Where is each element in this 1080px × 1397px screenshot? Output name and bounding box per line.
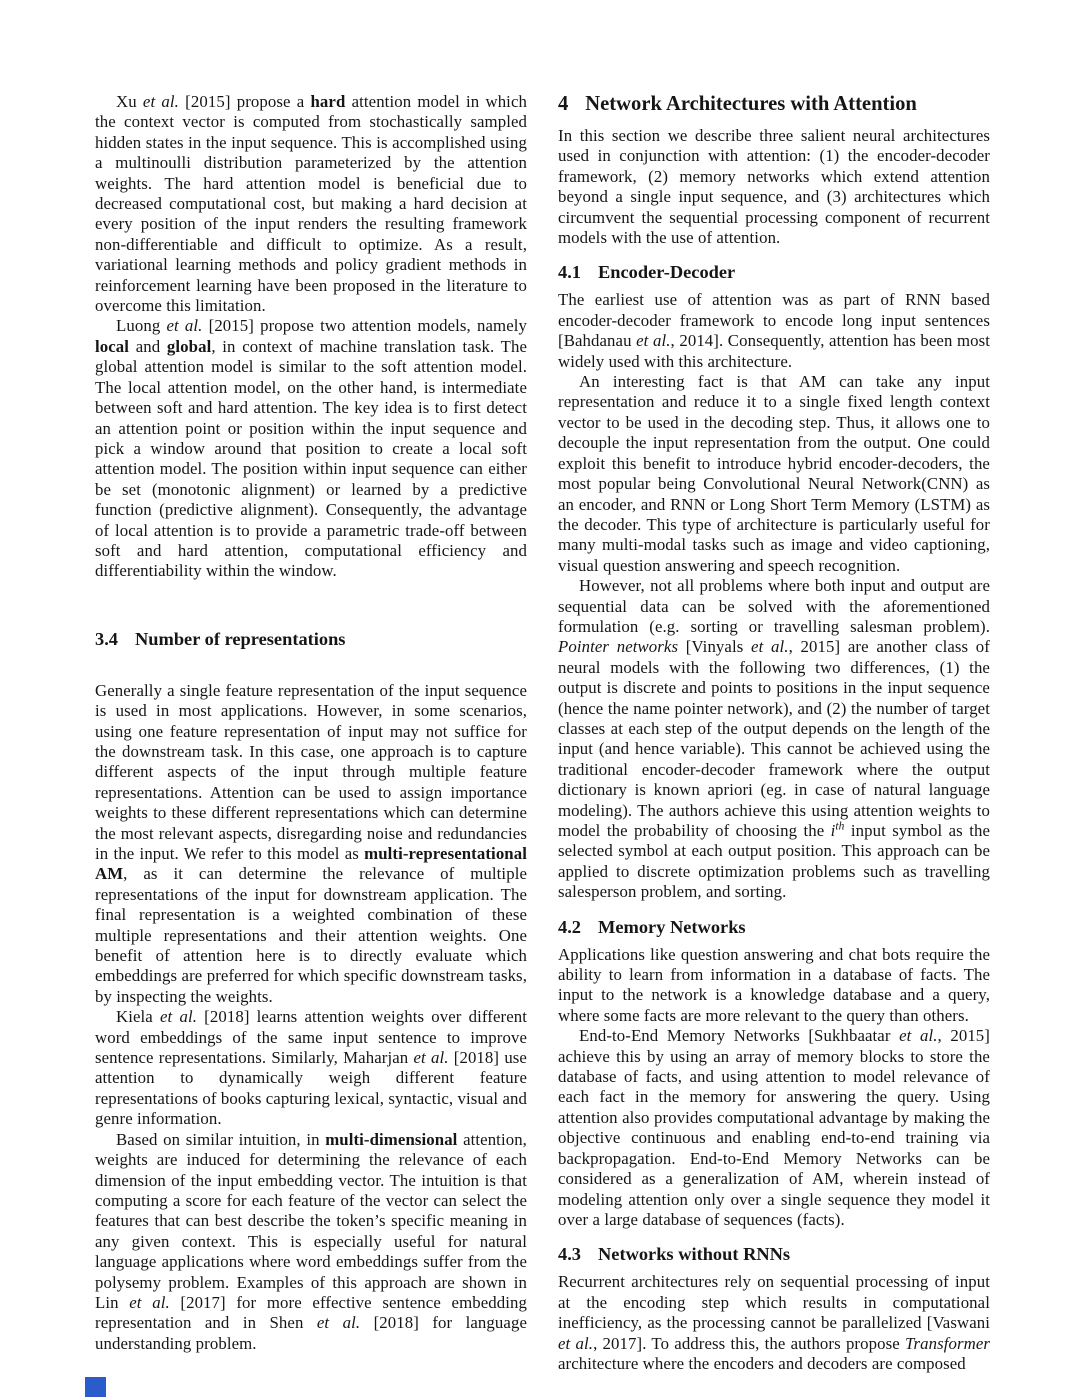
subsection-number: 4.1 bbox=[558, 262, 581, 282]
subsection-heading-4-1: 4.1Encoder-Decoder bbox=[558, 261, 990, 284]
subsection-number: 4.3 bbox=[558, 1244, 581, 1264]
subsection-title: Networks without RNNs bbox=[598, 1244, 790, 1264]
paragraph-luong-local-global: Luong et al. [2015] propose two attentio… bbox=[95, 316, 527, 581]
paragraph-encoder-decoder-earliest: The earliest use of attention was as par… bbox=[558, 290, 990, 372]
paragraph-kiela-maharjan: Kiela et al. [2018] learns attention wei… bbox=[95, 1007, 527, 1129]
subsection-title: Memory Networks bbox=[598, 917, 746, 937]
paragraph-memory-networks-intro: Applications like question answering and… bbox=[558, 945, 990, 1027]
paragraph-xu-hard-attention: Xu et al. [2015] propose a hard attentio… bbox=[95, 92, 527, 316]
subsection-heading-4-3: 4.3Networks without RNNs bbox=[558, 1243, 990, 1266]
subsection-title: Encoder-Decoder bbox=[598, 262, 735, 282]
paragraph-networks-without-rnns: Recurrent architectures rely on sequenti… bbox=[558, 1272, 990, 1374]
paragraph-pointer-networks: However, not all problems where both inp… bbox=[558, 576, 990, 903]
paper-page: Xu et al. [2015] propose a hard attentio… bbox=[95, 92, 990, 1374]
paragraph-section4-intro: In this section we describe three salien… bbox=[558, 126, 990, 248]
paragraph-multi-dimensional: Based on similar intuition, in multi-dim… bbox=[95, 1130, 527, 1354]
subsection-number: 3.4 bbox=[95, 629, 118, 649]
section-title: Network Architectures with Attention bbox=[585, 93, 917, 115]
paragraph-multi-representational: Generally a single feature representatio… bbox=[95, 681, 527, 1008]
subsection-number: 4.2 bbox=[558, 917, 581, 937]
link-annotation-marker[interactable] bbox=[85, 1377, 106, 1397]
subsection-title: Number of representations bbox=[135, 629, 345, 649]
left-column: Xu et al. [2015] propose a hard attentio… bbox=[95, 92, 527, 1374]
section-heading-4: 4Network Architectures with Attention bbox=[558, 92, 990, 117]
subsection-heading-4-2: 4.2Memory Networks bbox=[558, 916, 990, 939]
paragraph-am-hybrid-encoders: An interesting fact is that AM can take … bbox=[558, 372, 990, 576]
right-column: 4Network Architectures with Attention In… bbox=[558, 92, 990, 1374]
paragraph-end-to-end-memory: End-to-End Memory Networks [Sukhbaatar e… bbox=[558, 1026, 990, 1230]
section-number: 4 bbox=[558, 93, 568, 115]
subsection-heading-3-4: 3.4Number of representations bbox=[95, 628, 527, 651]
